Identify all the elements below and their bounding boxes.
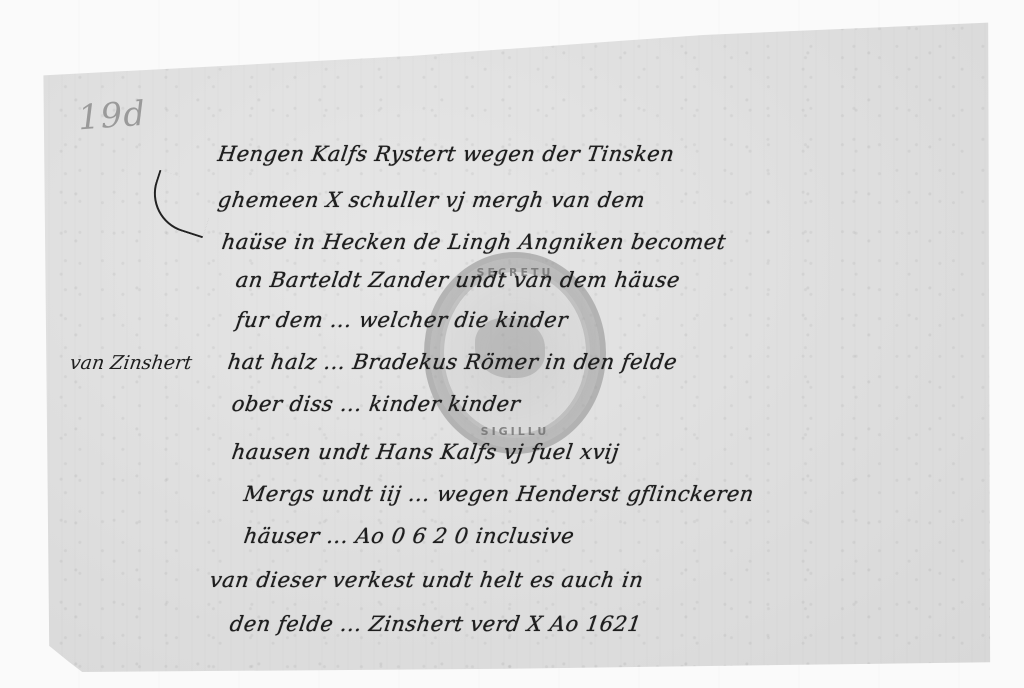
manuscript-line-3: haüse in Hecken de Lingh Angniken become…: [220, 230, 727, 254]
seal-legend-bottom: SIGILLU: [430, 425, 600, 438]
manuscript-line-8: hausen undt Hans Kalfs vj fuel xvij: [230, 440, 621, 464]
margin-note: van Zinshert: [68, 352, 193, 374]
manuscript-line-10: häuser ... Ao 0 6 2 0 inclusive: [242, 524, 576, 548]
manuscript-line-7: ober diss ... kinder kinder: [230, 392, 522, 416]
manuscript-line-6: hat halz ... Bradekus Römer in den felde: [226, 350, 679, 374]
manuscript-line-9: Mergs undt iij ... wegen Henderst gflinc…: [242, 482, 755, 506]
manuscript-line-5: fur dem ... welcher die kinder: [234, 308, 569, 332]
manuscript-line-12: den felde ... Zinshert verd X Ao 1621: [228, 612, 643, 636]
manuscript-line-11: van dieser verkest undt helt es auch in: [208, 568, 645, 592]
manuscript-line-2: ghemeen X schuller vj mergh van dem: [216, 188, 646, 212]
manuscript-line-1: Hengen Kalfs Rystert wegen der Tinsken: [216, 142, 676, 166]
manuscript-line-4: an Barteldt Zander undt van dem häuse: [234, 268, 681, 292]
folio-number: 19d: [77, 94, 148, 139]
